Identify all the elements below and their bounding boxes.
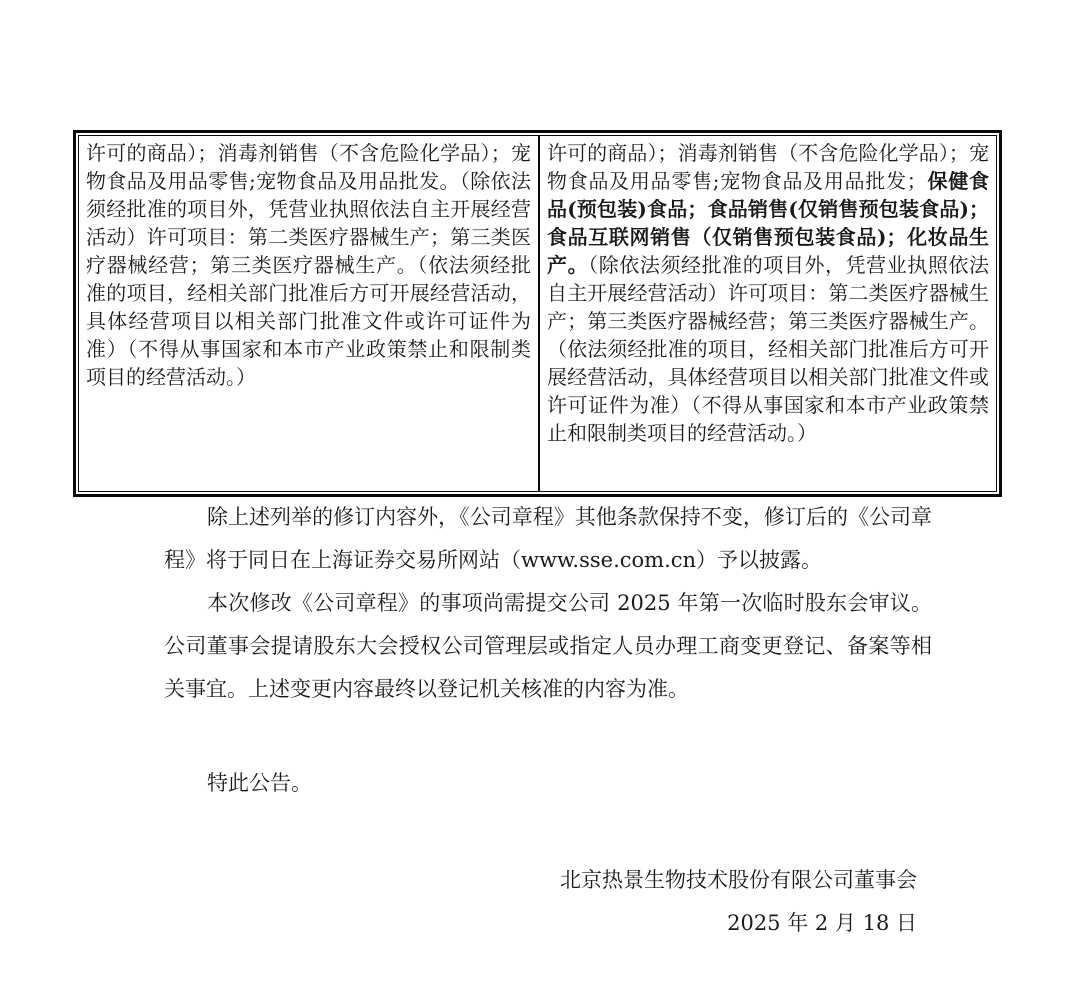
announcement-body: 除上述列举的修订内容外，《公司章程》其他条款保持不变，修订后的《公司章程》将于同… <box>164 496 932 805</box>
business-scope-comparison-table: 许可的商品）；消毒剂销售（不含危险化学品）；宠物食品及用品零售;宠物食品及用品批… <box>73 130 1002 497</box>
after-amendment-text-start: 许可的商品）；消毒剂销售（不含危险化学品）；宠物食品及用品零售;宠物食品及用品批… <box>547 141 989 193</box>
table-cell-after-amendment: 许可的商品）；消毒剂销售（不含危险化学品）；宠物食品及用品零售;宠物食品及用品批… <box>540 136 996 491</box>
table-cell-before-amendment: 许可的商品）；消毒剂销售（不含危险化学品）；宠物食品及用品零售;宠物食品及用品批… <box>79 136 540 491</box>
signature-date: 2025 年 2 月 18 日 <box>164 902 917 945</box>
paragraph-closing-note: 特此公告。 <box>164 762 932 805</box>
after-amendment-text-rest: （除依法须经批准的项目外，凭营业执照依法自主开展经营活动）许可项目：第二类医疗器… <box>547 253 989 445</box>
paragraph-charter-disclosure: 除上述列举的修订内容外，《公司章程》其他条款保持不变，修订后的《公司章程》将于同… <box>164 496 932 582</box>
table-inner-border: 许可的商品）；消毒剂销售（不含危险化学品）；宠物食品及用品零售;宠物食品及用品批… <box>78 135 997 492</box>
paragraph-shareholder-approval: 本次修改《公司章程》的事项尚需提交公司 2025 年第一次临时股东会审议。公司董… <box>164 582 932 711</box>
signature-company: 北京热景生物技术股份有限公司董事会 <box>164 859 917 902</box>
signature-block: 北京热景生物技术股份有限公司董事会 2025 年 2 月 18 日 <box>164 859 932 945</box>
before-amendment-text: 许可的商品）；消毒剂销售（不含危险化学品）；宠物食品及用品零售;宠物食品及用品批… <box>86 141 531 389</box>
announcement-document-page: 许可的商品）；消毒剂销售（不含危险化学品）；宠物食品及用品零售;宠物食品及用品批… <box>0 0 1080 987</box>
